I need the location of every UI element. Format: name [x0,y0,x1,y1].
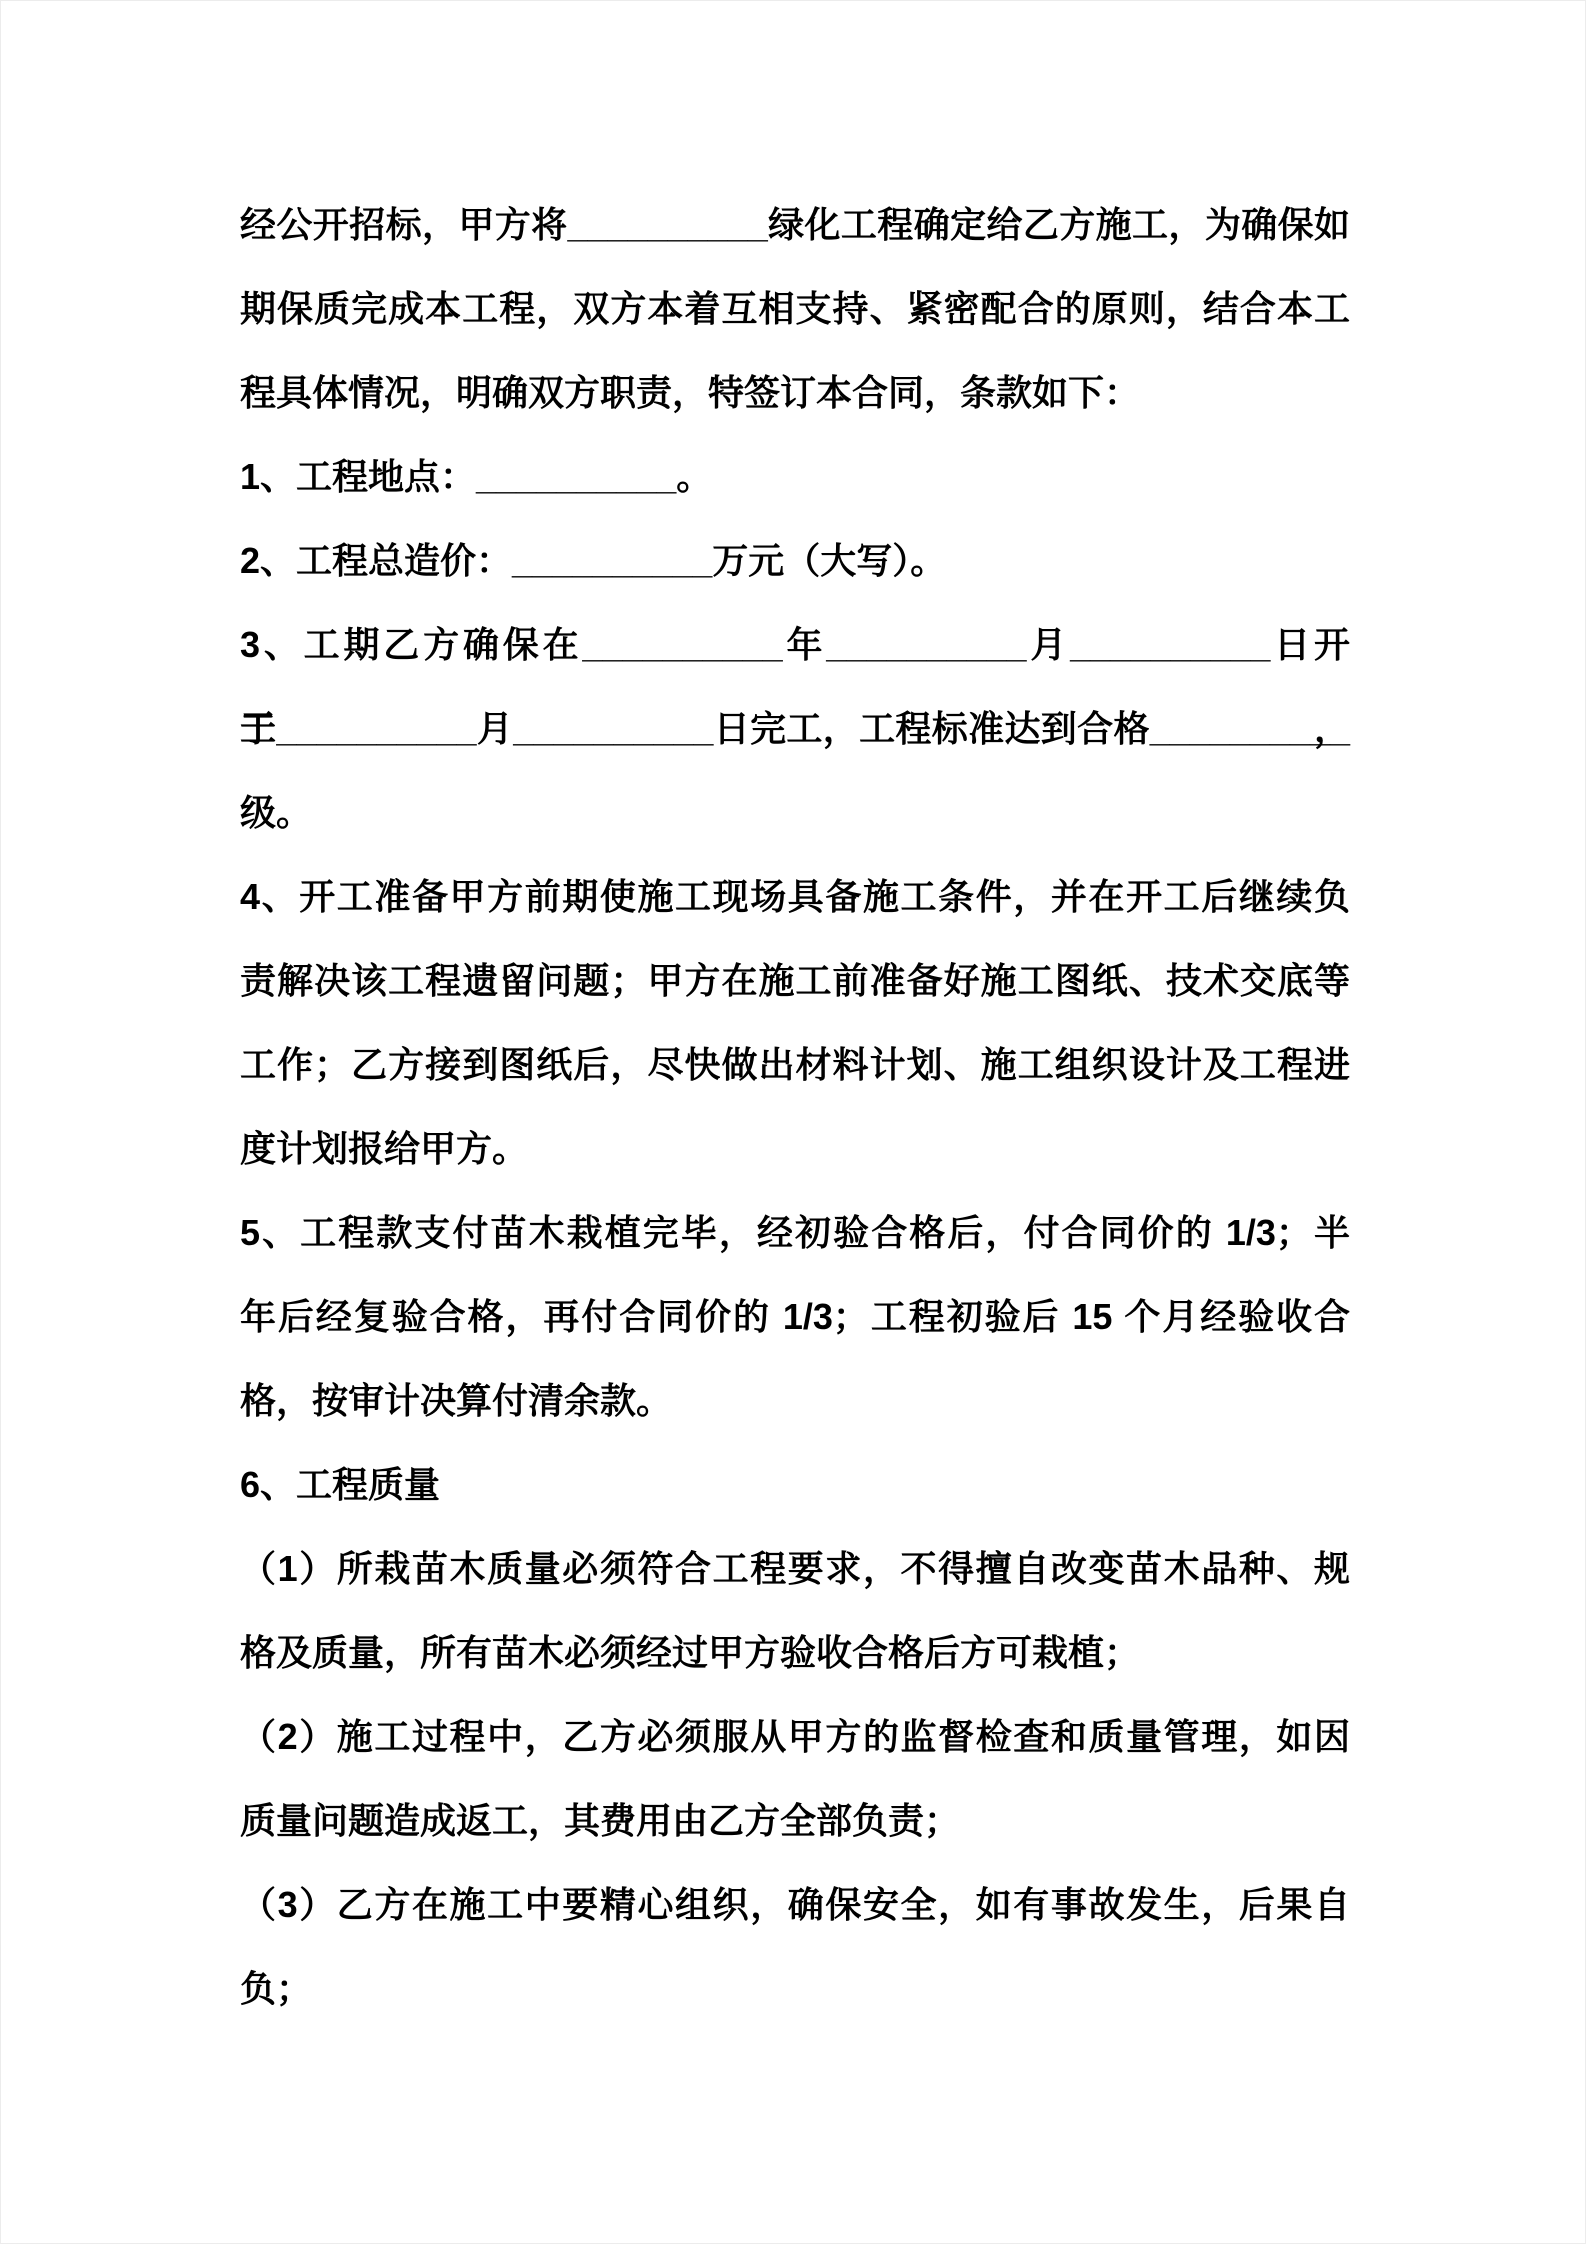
contract-text-line: 负； [240,1947,1350,2031]
contract-text-line: 格及质量，所有苗木必须经过甲方验收合格后方可栽植； [240,1611,1350,1695]
contract-document-page: 经公开招标，甲方将__________绿化工程确定给乙方施工，为确保如期保质完成… [0,0,1586,2244]
contract-text-line: （1）所栽苗木质量必须符合工程要求，不得擅自改变苗木品种、规 [240,1527,1350,1611]
contract-body-text: 经公开招标，甲方将__________绿化工程确定给乙方施工，为确保如期保质完成… [240,183,1350,2031]
contract-text-line: 度计划报给甲方。 [240,1107,1350,1191]
contract-text-line: 工作；乙方接到图纸后，尽快做出材料计划、施工组织设计及工程进 [240,1023,1350,1107]
contract-text-line: 6、工程质量 [240,1443,1350,1527]
contract-text-line: 5、工程款支付苗木栽植完毕，经初验合格后，付合同价的 1/3；半 [240,1191,1350,1275]
contract-text-line: 级。 [240,771,1350,855]
contract-text-line: 1、工程地点：__________。 [240,435,1350,519]
contract-text-line: 年后经复验合格，再付合同价的 1/3；工程初验后 15 个月经验收合 [240,1275,1350,1359]
contract-text-line: 3、工期乙方确保在__________年__________月_________… [240,603,1350,687]
contract-text-line: 程具体情况，明确双方职责，特签订本合同，条款如下： [240,351,1350,435]
contract-text-line: 责解决该工程遗留问题；甲方在施工前准备好施工图纸、技术交底等 [240,939,1350,1023]
contract-text-line: 质量问题造成返工，其费用由乙方全部负责； [240,1779,1350,1863]
contract-text-line: 期保质完成本工程，双方本着互相支持、紧密配合的原则，结合本工 [240,267,1350,351]
contract-text-line: 格，按审计决算付清余款。 [240,1359,1350,1443]
contract-text-line: 经公开招标，甲方将__________绿化工程确定给乙方施工，为确保如 [240,183,1350,267]
contract-text-line: （3）乙方在施工中要精心组织，确保安全，如有事故发生，后果自 [240,1863,1350,1947]
contract-text-line: 2、工程总造价：__________万元（大写）。 [240,519,1350,603]
contract-text-line: 于__________月__________日完工，工程标准达到合格______… [240,687,1350,771]
contract-text-line: （2）施工过程中，乙方必须服从甲方的监督检查和质量管理，如因 [240,1695,1350,1779]
contract-text-line: 4、开工准备甲方前期使施工现场具备施工条件，并在开工后继续负 [240,855,1350,939]
